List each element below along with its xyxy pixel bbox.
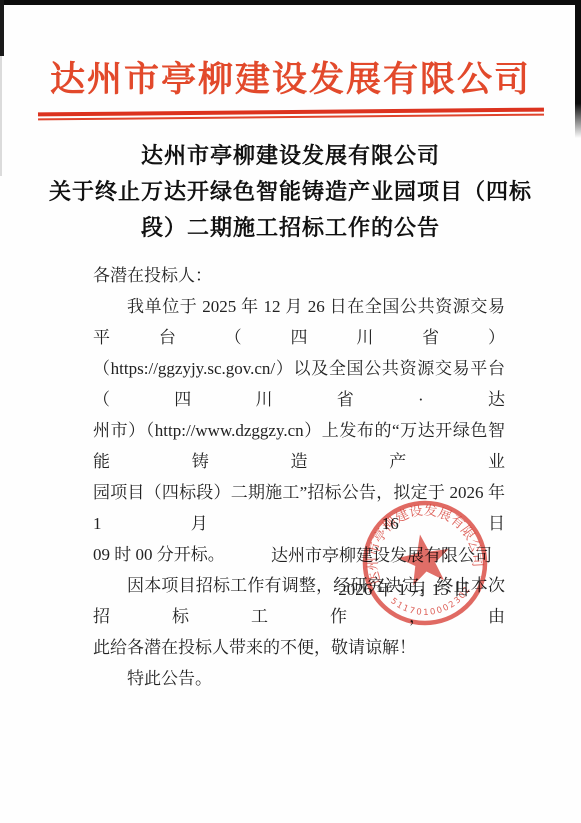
salutation: 各潜在投标人： — [93, 260, 505, 291]
para1-line-3: 州市）（http://www.dzggzy.cn）上发布的“万达开绿色智能铸造产… — [93, 415, 505, 477]
letterhead-divider — [38, 108, 544, 121]
document-title: 达州市亭柳建设发展有限公司 关于终止万达开绿色智能铸造产业园项目（四标 段）二期… — [30, 138, 551, 246]
document-body: 各潜在投标人： 我单位于 2025 年 12 月 26 日在全国公共资源交易平台… — [93, 260, 505, 694]
para2-line-2: 此给各潜在投标人带来的不便，敬请谅解！ — [93, 632, 505, 663]
signature-company: 达州市亭柳建设发展有限公司 — [271, 541, 492, 566]
scan-edge-top — [0, 0, 581, 5]
document-title-line-3: 段）二期施工招标工作的公告 — [30, 210, 551, 246]
document-title-line-1: 达州市亭柳建设发展有限公司 — [30, 138, 551, 174]
document-page: 达州市亭柳建设发展有限公司 达州市亭柳建设发展有限公司 关于终止万达开绿色智能铸… — [0, 0, 581, 823]
closing-line: 特此公告。 — [93, 663, 505, 694]
para1-line-1: 我单位于 2025 年 12 月 26 日在全国公共资源交易平台（四川省） — [93, 291, 505, 353]
letterhead-company: 达州市亭柳建设发展有限公司 — [0, 52, 581, 102]
scan-edge-left — [0, 0, 4, 56]
signature-date: 2026 年 1 月 15 日 — [338, 575, 470, 600]
document-title-line-2: 关于终止万达开绿色智能铸造产业园项目（四标 — [30, 174, 551, 210]
para1-line-4: 园项目（四标段）二期施工”招标公告，拟定于 2026 年 1 月 16 日 — [93, 477, 505, 539]
para1-line-2: （https://ggzyjy.sc.gov.cn/）以及全国公共资源交易平台（… — [93, 353, 505, 415]
